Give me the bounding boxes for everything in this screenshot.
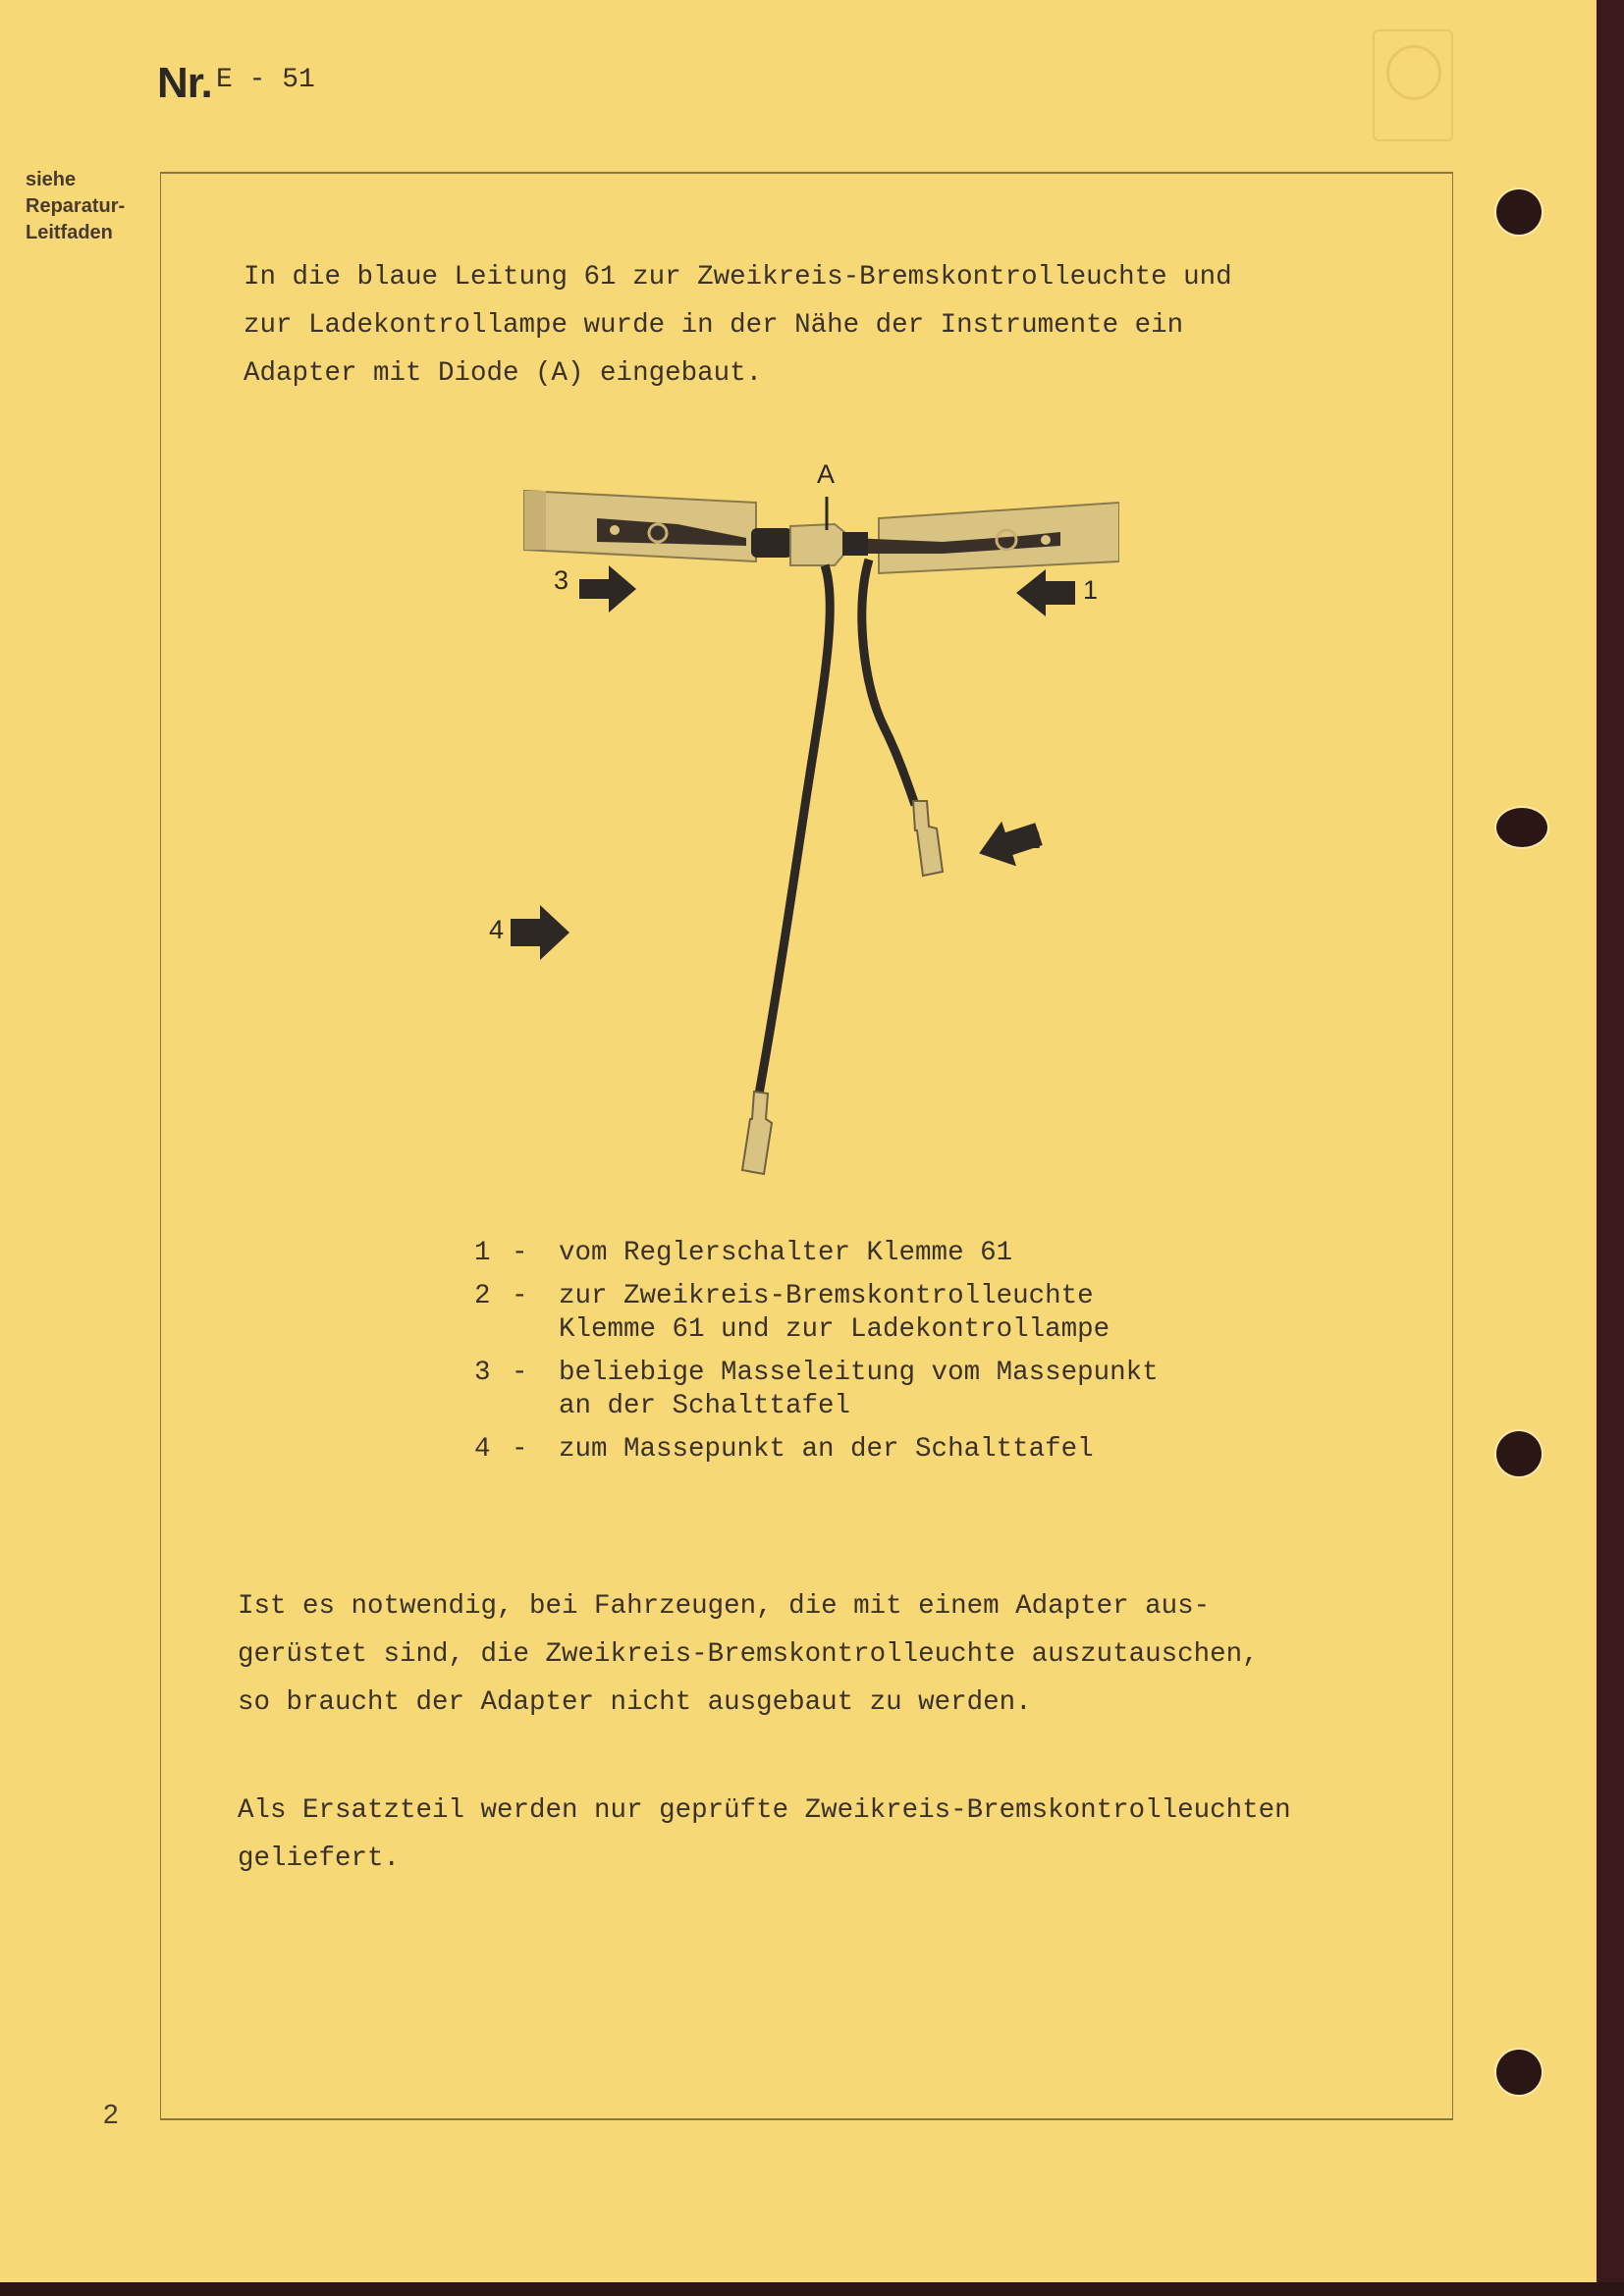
punch-hole-icon (1496, 1431, 1542, 1476)
punch-hole-icon (1496, 808, 1547, 847)
adapter-photo: A 3 1 2 4 (511, 471, 1119, 1217)
side-note-line: Reparatur- (26, 193, 163, 220)
figure-arrow-label-4: 4 (489, 915, 504, 945)
page-number: 2 (103, 2099, 119, 2130)
legend-number: 2 (474, 1280, 512, 1347)
vw-logo-watermark-icon (1373, 29, 1453, 141)
figure-arrow-label-2: 2 (1026, 825, 1041, 855)
figure-arrow-label-1: 1 (1083, 575, 1098, 606)
scan-edge-bottom (0, 2282, 1624, 2296)
legend-number: 1 (474, 1237, 512, 1270)
legend-text: vom Reglerschalter Klemme 61 (559, 1237, 1012, 1270)
scan-edge-right (1597, 0, 1624, 2296)
intro-paragraph: In die blaue Leitung 61 zur Zweikreis-Br… (244, 253, 1232, 398)
legend-number: 4 (474, 1433, 512, 1467)
header-nr-label: Nr. (157, 59, 212, 108)
side-note: siehe Reparatur- Leitfaden (26, 167, 163, 246)
document-page: Nr. E - 51 siehe Reparatur- Leitfaden In… (0, 0, 1597, 2282)
legend-item: 4 - zum Massepunkt an der Schalttafel (474, 1433, 1159, 1467)
legend-item: 2 - zur Zweikreis-Bremskontrolleuchte Kl… (474, 1280, 1159, 1347)
side-note-line: Leitfaden (26, 220, 163, 246)
figure-label-a: A (817, 459, 835, 490)
spare-part-note-paragraph: Als Ersatzteil werden nur geprüfte Zweik… (238, 1787, 1291, 1883)
legend-text: zur Zweikreis-Bremskontrolleuchte Klemme… (559, 1280, 1110, 1347)
legend-item: 1 - vom Reglerschalter Klemme 61 (474, 1237, 1159, 1270)
legend-number: 3 (474, 1357, 512, 1423)
bulletin-number: E - 51 (216, 65, 315, 95)
side-note-line: siehe (26, 167, 163, 193)
figure-legend: 1 - vom Reglerschalter Klemme 61 2 - zur… (474, 1237, 1159, 1476)
punch-hole-icon (1496, 189, 1542, 235)
figure-arrow-label-3: 3 (554, 565, 568, 596)
legend-text: beliebige Masseleitung vom Massepunkt an… (559, 1357, 1159, 1423)
legend-text: zum Massepunkt an der Schalttafel (559, 1433, 1094, 1467)
replacement-note-paragraph: Ist es notwendig, bei Fahrzeugen, die mi… (238, 1582, 1259, 1727)
legend-item: 3 - beliebige Masseleitung vom Massepunk… (474, 1357, 1159, 1423)
punch-hole-icon (1496, 2050, 1542, 2095)
